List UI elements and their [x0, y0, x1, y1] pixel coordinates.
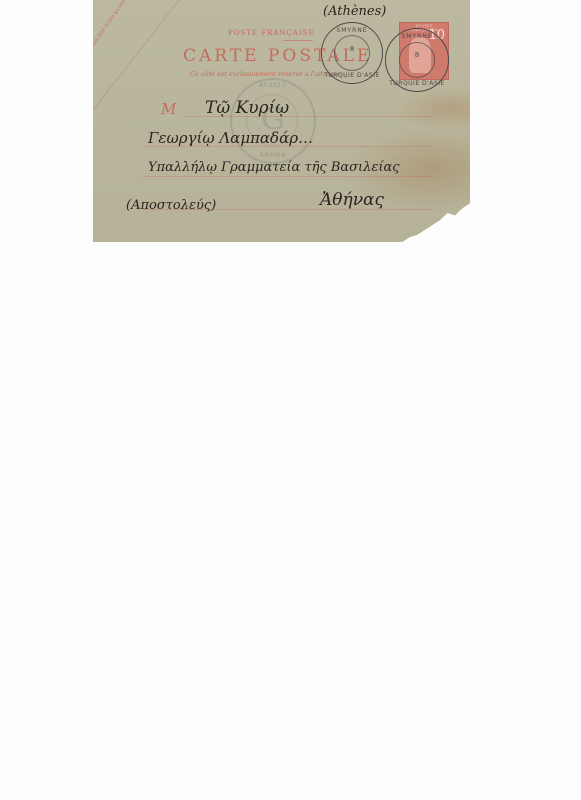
- postmark-region: TURQUIE D'ASIE: [322, 72, 382, 79]
- handwritten-address-line-3: Υπαλλήλῳ Γραμματεία τῆς Βασιλείας: [148, 160, 400, 175]
- handwritten-top-note: (Athènes): [323, 4, 386, 19]
- poste-francaise-label: POSTE FRANÇAISE: [228, 29, 315, 37]
- printed-salutation: M: [161, 100, 176, 118]
- card-subtitle: Ce côté est exclusivement réservé à l'ad…: [190, 70, 340, 78]
- handwritten-address-line-2: Γεωργίῳ Λαμπαδάρ…: [148, 129, 313, 147]
- archive-seal-stamp: ΑΡΧΕΙΟ G ΑΘΗΝΑ: [230, 78, 316, 164]
- divider-line: [283, 40, 313, 41]
- address-line: [143, 176, 433, 177]
- postmark-city: SMYRNE: [386, 33, 448, 40]
- handwritten-city: Ἀθήνας: [320, 190, 384, 210]
- handwritten-sender-note: (Αποστολεύς): [126, 198, 216, 213]
- handwritten-address-line-1: Τῷ Κυρίῳ: [205, 98, 289, 118]
- postmark-date: 8: [386, 51, 448, 59]
- postmark-date: 8: [322, 45, 382, 53]
- seal-bottom-text: ΑΘΗΝΑ: [232, 152, 314, 159]
- postmark: SMYRNE 8 TURQUIE D'ASIE: [385, 28, 449, 92]
- postcard: « Exp. de l'... 11 Date » N.B. La corres…: [93, 0, 470, 242]
- postmark: SMYRNE 8 TURQUIE D'ASIE: [321, 22, 383, 84]
- postmark-inner-ring: [334, 35, 370, 71]
- postmark-city: SMYRNE: [322, 27, 382, 34]
- seal-top-text: ΑΡΧΕΙΟ: [232, 82, 314, 89]
- postmark-inner-ring: [399, 42, 435, 78]
- postmark-region: TURQUIE D'ASIE: [386, 80, 448, 87]
